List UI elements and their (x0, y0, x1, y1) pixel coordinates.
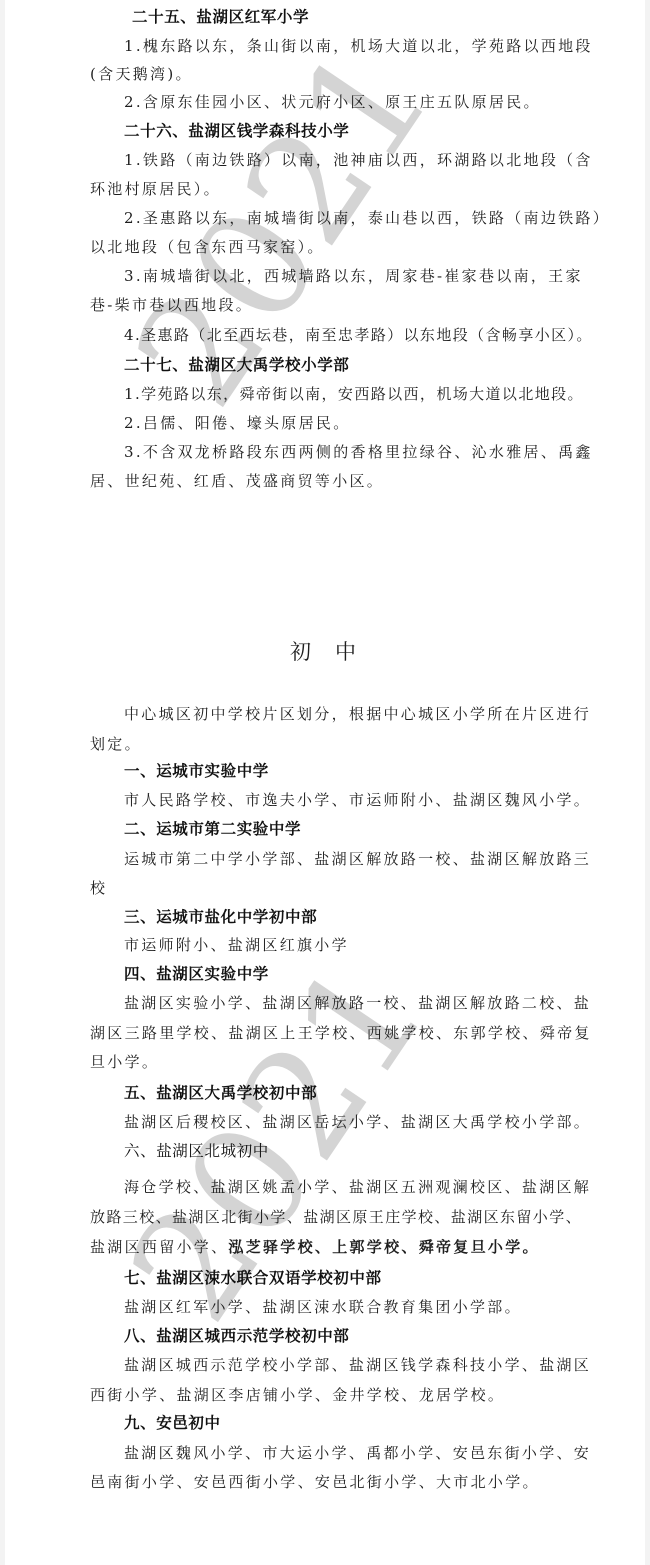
section-heading: 二十五、盐湖区红军小学 (132, 7, 570, 27)
paragraph-line: 1.学苑路以东，舜帝街以南，安西路以西，机场大道以北地段。 (124, 384, 570, 404)
section-heading: 二十六、盐湖区钱学森科技小学 (124, 121, 570, 141)
section-heading: 七、盐湖区涑水联合双语学校初中部 (124, 1268, 570, 1288)
section-heading: 二、运城市第二实验中学 (124, 819, 570, 839)
section-title-junior: 初中 (0, 636, 650, 666)
section-heading: 八、盐湖区城西示范学校初中部 (124, 1326, 570, 1346)
paragraph-line: 邑南街小学、安邑西街小学、安邑北街小学、大市北小学。 (90, 1472, 570, 1492)
paragraph-line: 盐湖区魏风小学、市大运小学、禹都小学、安邑东街小学、安 (124, 1443, 570, 1463)
paragraph-line: 盐湖区后稷校区、盐湖区岳坛小学、盐湖区大禹学校小学部。 (124, 1112, 570, 1132)
paragraph-line: 以北地段（包含东西马家窑）。 (90, 237, 570, 257)
paragraph-line: 3.不含双龙桥路段东西两侧的香格里拉绿谷、沁水雅居、禹鑫 (124, 442, 570, 462)
paragraph-line: 2.含原东佳园小区、状元府小区、原王庄五队原居民。 (124, 92, 570, 112)
paragraph-line: 1.槐东路以东，条山街以南，机场大道以北，学苑路以西地段 (124, 36, 570, 56)
paragraph-line: 居、世纪苑、红盾、茂盛商贸等小区。 (90, 471, 570, 491)
paragraph-line: 海仓学校、盐湖区姚孟小学、盐湖区五洲观澜校区、盐湖区解 (124, 1177, 570, 1197)
paragraph-line: 2.吕儒、阳倦、壕头原居民。 (124, 413, 570, 433)
paragraph-line: 3.南城墙街以北，西城墙路以东，周家巷-崔家巷以南，王家 (124, 266, 570, 286)
paragraph-line: 市运师附小、盐湖区红旗小学 (124, 935, 570, 955)
paragraph-line: 2.圣惠路以东，南城墙街以南，泰山巷以西，铁路（南边铁路） (124, 208, 570, 228)
section-heading: 二十七、盐湖区大禹学校小学部 (124, 355, 570, 375)
paragraph-line: 盐湖区红军小学、盐湖区涑水联合教育集团小学部。 (124, 1297, 570, 1317)
page-edge-right (645, 0, 650, 1565)
paragraph-text: 盐湖区西留小学、 (90, 1238, 228, 1256)
intro-line: 中心城区初中学校片区划分，根据中心城区小学所在片区进行 (124, 704, 570, 724)
paragraph-line: 1.铁路（南边铁路）以南，池神庙以西，环湖路以北地段（含 (124, 150, 570, 170)
section-heading: 四、盐湖区实验中学 (124, 964, 570, 984)
paragraph-line: 旦小学。 (90, 1052, 570, 1072)
intro-line: 划定。 (90, 734, 570, 754)
paragraph-line: 盐湖区西留小学、泓芝驿学校、上郭学校、舜帝复旦小学。 (90, 1237, 570, 1257)
section-heading: 六、盐湖区北城初中 (124, 1141, 570, 1161)
section-heading: 九、安邑初中 (124, 1413, 570, 1433)
paragraph-line: 放路三校、盐湖区北街小学、盐湖区原王庄学校、盐湖区东留小学、 (90, 1207, 570, 1227)
paragraph-line: 环池村原居民）。 (90, 179, 570, 199)
paragraph-bold-text: 泓芝驿学校、上郭学校、舜帝复旦小学。 (228, 1238, 539, 1256)
paragraph-line: 4.圣惠路（北至西坛巷，南至忠孝路）以东地段（含畅享小区）。 (124, 325, 570, 345)
section-heading: 一、运城市实验中学 (124, 761, 570, 781)
page-edge-left (0, 0, 5, 1565)
paragraph-line: 巷-柴市巷以西地段。 (90, 295, 570, 315)
paragraph-line: 湖区三路里学校、盐湖区上王学校、西姚学校、东郭学校、舜帝复 (90, 1023, 570, 1043)
paragraph-line: 校 (90, 878, 570, 898)
paragraph-line: 西街小学、盐湖区李店铺小学、金井学校、龙居学校。 (90, 1385, 570, 1405)
paragraph-line: 盐湖区实验小学、盐湖区解放路一校、盐湖区解放路二校、盐 (124, 993, 570, 1013)
section-heading: 五、盐湖区大禹学校初中部 (124, 1083, 570, 1103)
paragraph-line: 盐湖区城西示范学校小学部、盐湖区钱学森科技小学、盐湖区 (124, 1355, 570, 1375)
paragraph-line: 市人民路学校、市逸夫小学、市运师附小、盐湖区魏风小学。 (124, 790, 570, 810)
section-heading: 三、运城市盐化中学初中部 (124, 907, 570, 927)
paragraph-line: 运城市第二中学小学部、盐湖区解放路一校、盐湖区解放路三 (124, 849, 570, 869)
paragraph-line: (含天鹅湾)。 (90, 64, 570, 84)
